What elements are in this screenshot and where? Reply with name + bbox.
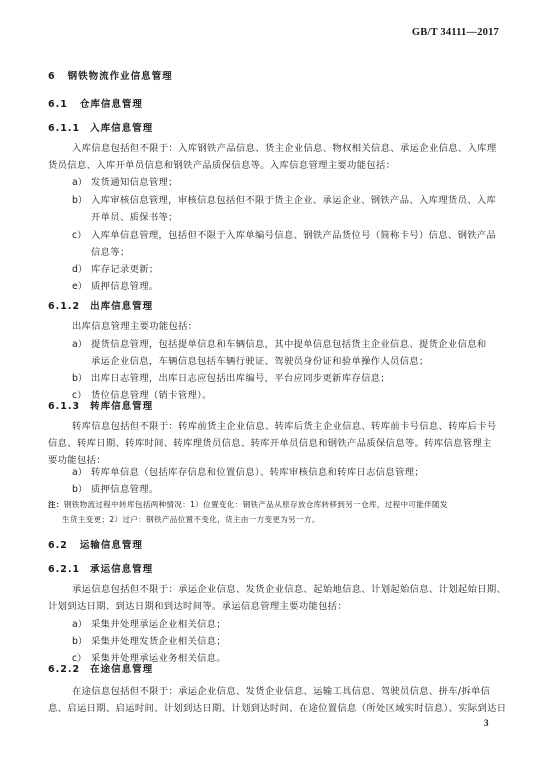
paragraph-line: 在途信息包括但不限于：承运企业信息、发货企业信息、运输工具信息、驾驶员信息、拼车… [72, 683, 490, 697]
paragraph-line: 信息、转库日期、转库时间、转库理货员信息、转库开单员信息和钢铁产品质保信息等。转… [48, 435, 492, 449]
section-title: 在途信息管理 [90, 664, 153, 675]
list-label: d） [72, 261, 87, 275]
paragraph-line: 计划到达日期、到达日期和到达时间等。承运信息管理主要功能包括： [48, 598, 347, 612]
list-label: b） [72, 192, 87, 206]
section-6-heading: 6钢铁物流作业信息管理 [48, 68, 173, 82]
paragraph-line: 入库信息包括但不限于：入库钢铁产品信息、货主企业信息、物权相关信息、承运企业信息… [72, 140, 496, 154]
list-item: 出库日志管理，出库日志应包括出库编号，平台应同步更新库存信息； [91, 370, 390, 384]
list-item: 质押信息管理。 [91, 278, 159, 292]
section-number: 6.2 [48, 540, 68, 551]
section-title: 出库信息管理 [90, 301, 153, 312]
section-6-1-1-heading: 6.1.1入库信息管理 [48, 120, 153, 134]
section-title: 钢铁物流作业信息管理 [68, 71, 173, 82]
paragraph-line: 出库信息管理主要功能包括： [72, 318, 197, 332]
paragraph-line: 转库信息包括但不限于：转库前货主企业信息、转库后货主企业信息、转库前卡号信息、转… [72, 418, 496, 432]
note-line: 钢铁物流过程中转库包括两种情况：1）位置变化：钢铁产品从原存放仓库转移到另一仓库… [64, 500, 448, 509]
section-6-2-heading: 6.2运输信息管理 [48, 537, 143, 551]
section-6-1-3-heading: 6.1.3转库信息管理 [48, 398, 153, 412]
section-number: 6.1 [48, 99, 68, 110]
standard-code: GB/T 34111—2017 [412, 27, 499, 38]
section-number: 6.1.3 [48, 401, 80, 412]
paragraph-line: 息、启运日期、启运时间、计划到达日期、计划到达时间、在途位置信息（所处区域实时信… [48, 700, 506, 714]
list-item: 入库审核信息管理，审核信息包括但不限于货主企业、承运企业、钢铁产品、入库理货员、… [91, 192, 496, 206]
list-label: c） [72, 227, 86, 241]
list-item: 采集并处理发货企业相关信息； [91, 633, 226, 647]
section-number: 6.2.1 [48, 564, 80, 575]
note-line: 生货主变更；2）过户：钢铁产品位置不变化，货主由一方变更为另一方。 [62, 514, 320, 525]
note-prefix: 注： [48, 500, 64, 509]
list-item: 质押信息管理。 [91, 481, 159, 495]
list-item: 入库单信息管理，包括但不限于入库单编号信息、钢铁产品货位号（简称卡号）信息、钢铁… [91, 227, 496, 241]
section-title: 入库信息管理 [90, 123, 153, 134]
section-6-2-1-heading: 6.2.1承运信息管理 [48, 561, 153, 575]
section-title: 运输信息管理 [80, 540, 143, 551]
section-title: 承运信息管理 [90, 564, 153, 575]
list-item: 提货信息管理，包括提单信息和车辆信息，其中提单信息包括货主企业信息、提货企业信息… [91, 336, 487, 350]
list-label: b） [72, 481, 87, 495]
list-item-cont: 信息等； [91, 244, 130, 258]
section-title: 仓库信息管理 [80, 99, 143, 110]
section-number: 6 [48, 71, 56, 82]
list-item: 采集并处理承运企业相关信息； [91, 616, 226, 630]
section-6-1-2-heading: 6.1.2出库信息管理 [48, 298, 153, 312]
list-item: 发货通知信息管理； [91, 174, 178, 188]
section-title: 转库信息管理 [90, 401, 153, 412]
page-number: 3 [484, 718, 489, 728]
section-6-1-heading: 6.1仓库信息管理 [48, 96, 143, 110]
list-item: 库存记录更新； [91, 261, 159, 275]
paragraph-line: 货员信息、入库开单员信息和钢铁产品质保信息等。入库信息管理主要功能包括： [48, 157, 395, 171]
section-number: 6.1.2 [48, 301, 80, 312]
list-item: 转库单信息（包括库存信息和位置信息）、转库审核信息和转库日志信息管理； [91, 464, 424, 478]
section-number: 6.2.2 [48, 664, 80, 675]
list-label: b） [72, 370, 87, 384]
list-label: a） [72, 336, 87, 350]
list-label: a） [72, 174, 87, 188]
paragraph-line: 承运信息包括但不限于：承运企业信息、发货企业信息、起始地信息、计划起始信息、计划… [72, 581, 506, 595]
list-item-cont: 开单员、质保书等； [91, 209, 178, 223]
note: 注：钢铁物流过程中转库包括两种情况：1）位置变化：钢铁产品从原存放仓库转移到另一… [48, 499, 448, 510]
section-6-2-2-heading: 6.2.2在途信息管理 [48, 661, 153, 675]
list-label: e） [72, 278, 87, 292]
list-label: b） [72, 633, 87, 647]
list-item-cont: 承运企业信息，车辆信息包括车辆行驶证、驾驶员身份证和验单操作人员信息； [91, 353, 429, 367]
list-label: a） [72, 464, 87, 478]
section-number: 6.1.1 [48, 123, 80, 134]
list-label: a） [72, 616, 87, 630]
